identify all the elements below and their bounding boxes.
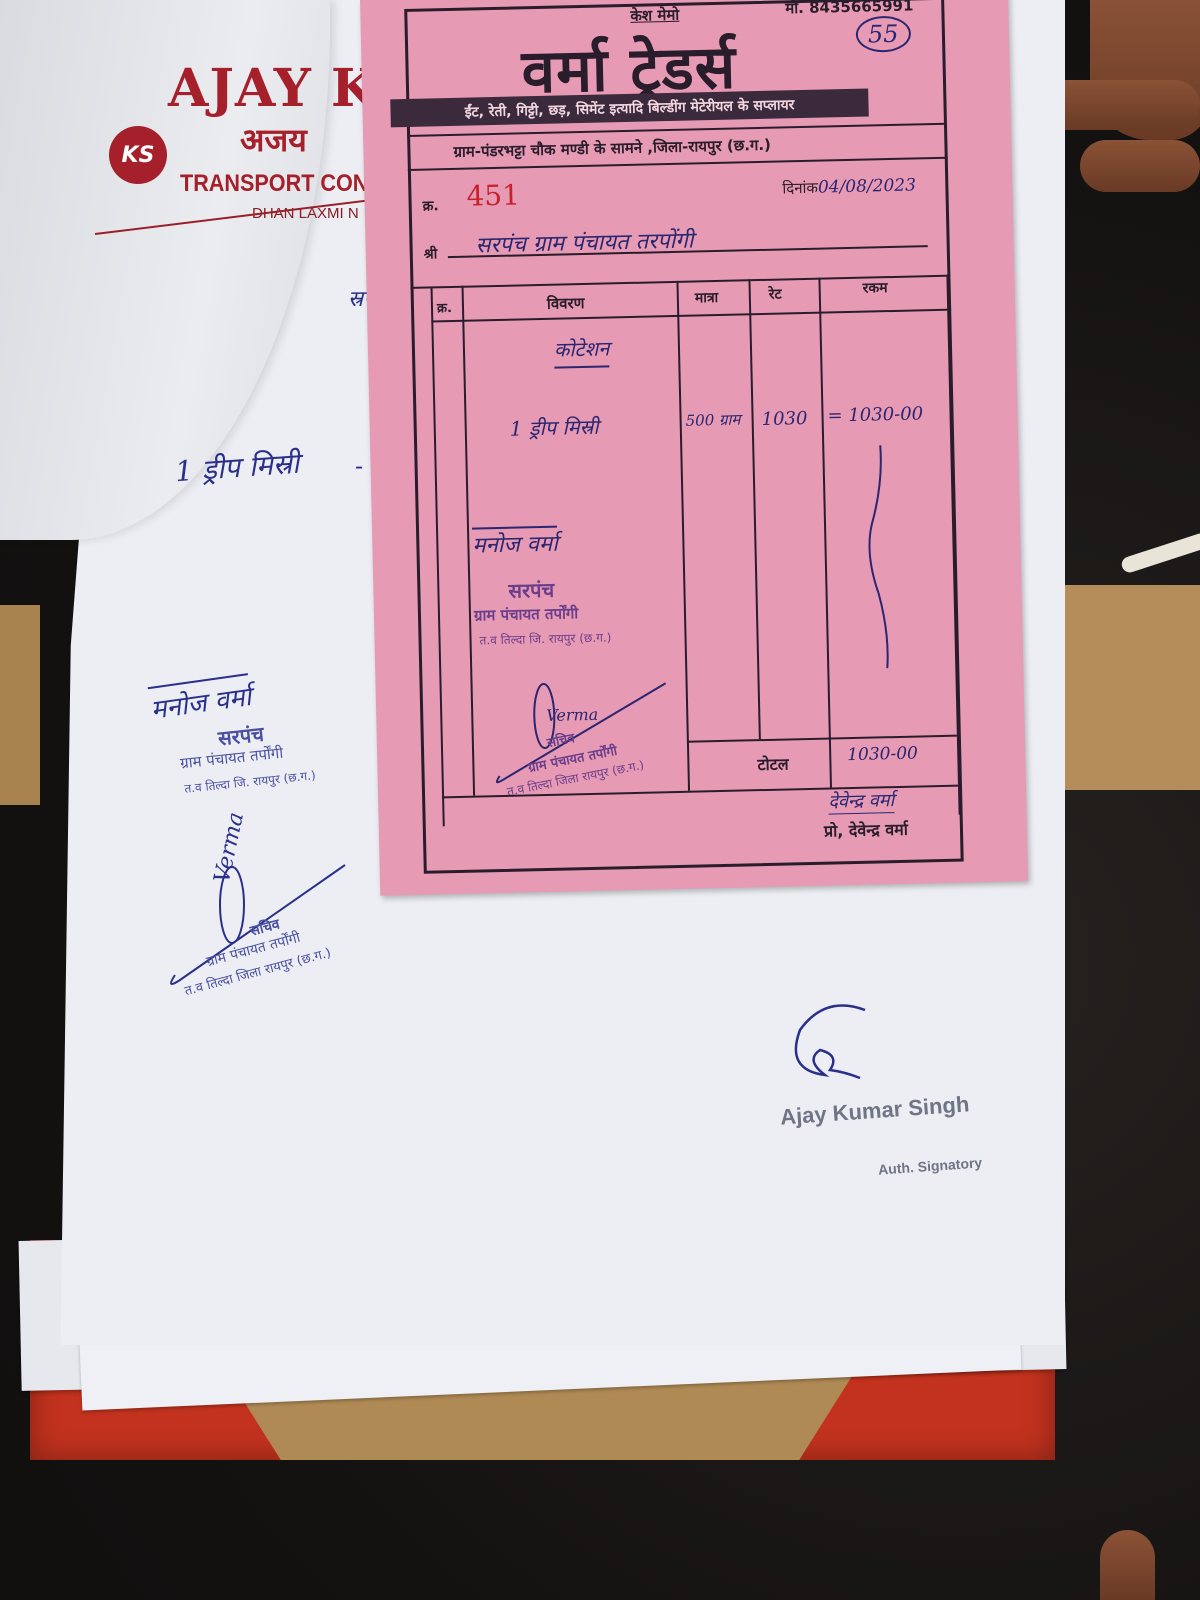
serial-label: क्र. — [422, 196, 439, 215]
total-label: टोटल — [757, 752, 789, 775]
memo-sarpanch-line2: त.व तिल्दा जि. रायपुर (छ.ग.) — [479, 628, 611, 648]
memo-type: केश मेमो — [630, 5, 679, 26]
proprietor-signature: देवेन्द्र वर्मा — [828, 788, 894, 814]
row-rate: 1030 — [761, 408, 807, 430]
memo-sarpanch-signature: मनोज वर्मा — [472, 526, 558, 560]
header-amount: रकम — [862, 278, 887, 298]
handwritten-dash: - — [355, 452, 363, 480]
row-amount: = 1030-00 — [827, 403, 923, 426]
customer-name: सरपंच ग्राम पंचायत तरपोंगी — [475, 225, 693, 260]
row-description: 1 ड्रीप मिस्री — [509, 413, 598, 442]
header-sno: क्र. — [437, 298, 452, 316]
date-value: 04/08/2023 — [818, 175, 916, 197]
mobile-label: मो. — [785, 0, 804, 17]
date-label: दिनांक — [782, 179, 818, 198]
customer-prefix: श्री — [424, 244, 438, 263]
toe — [1100, 1530, 1155, 1600]
serial-number: 451 — [466, 178, 520, 212]
signatory-signature — [785, 1000, 885, 1085]
header-quantity: मात्रा — [695, 288, 719, 308]
company-name-hindi: अजय — [240, 118, 307, 161]
header-rate: रेट — [769, 285, 782, 304]
cash-memo: केश मेमो मो. 8435665991 55 वर्मा ट्रेडर्… — [360, 0, 1028, 896]
total-value: 1030-00 — [847, 744, 918, 766]
proprietor-label: प्रो, देवेन्द्र वर्मा — [824, 818, 908, 842]
hand-finger-middle — [1080, 140, 1200, 192]
company-logo: KS — [113, 130, 163, 180]
company-subtitle: TRANSPORT CON — [180, 170, 368, 198]
svg-text:Verma: Verma — [546, 705, 598, 725]
memo-sarpanch-title: सरपंच — [508, 576, 554, 604]
amount-continuation-stroke — [860, 443, 905, 674]
kraft-board-left — [0, 605, 40, 805]
mobile-number: 8435665991 — [809, 0, 914, 17]
section-heading: कोटेशन — [554, 334, 610, 368]
header-description: विवरण — [547, 293, 585, 314]
memo-sarpanch-line1: ग्राम पंचायत तर्पोंगी — [474, 603, 579, 625]
row-quantity: 500 ग्राम — [685, 409, 740, 430]
